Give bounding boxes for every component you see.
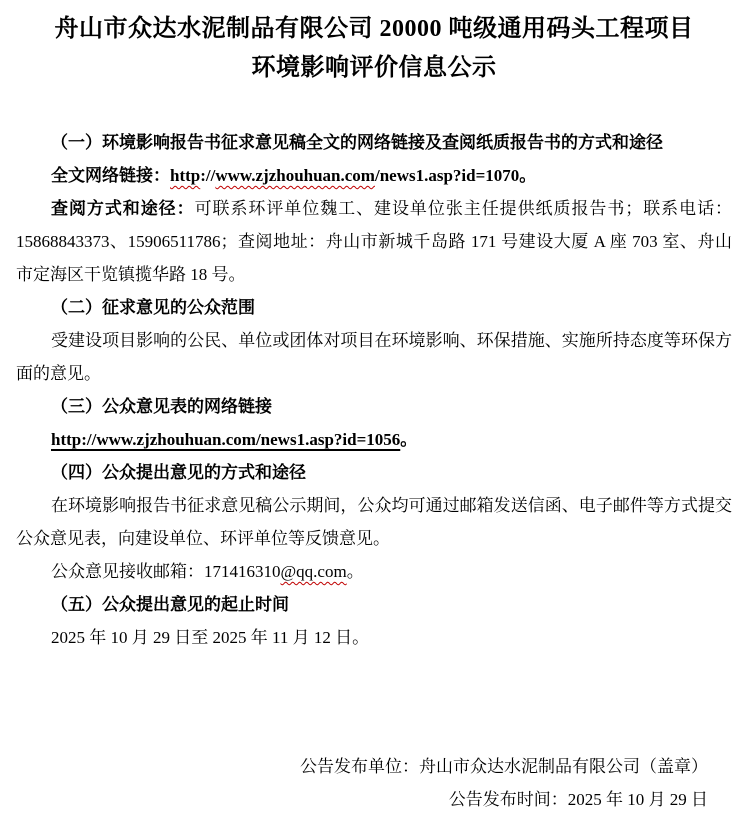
email-user-part: 171416310 <box>204 562 281 581</box>
url-scheme: http <box>170 166 200 185</box>
section2-body: 受建设项目影响的公民、单位或团体对项目在环境影响、环保措施、实施所持态度等环保方… <box>16 324 732 390</box>
announcement-document: 舟山市众达水泥制品有限公司 20000 吨级通用码头工程项目 环境影响评价信息公… <box>0 0 748 834</box>
section4-body: 在环境影响报告书征求意见稿公示期间，公众均可通过邮箱发送信函、电子邮件等方式提交… <box>16 489 732 555</box>
section5-date-range: 2025 年 10 月 29 日至 2025 年 11 月 12 日。 <box>16 621 732 654</box>
document-title-line1: 舟山市众达水泥制品有限公司 20000 吨级通用码头工程项目 <box>16 10 732 49</box>
footer-date-line: 公告发布时间：2025 年 10 月 29 日 <box>16 783 732 816</box>
section4-heading: （四）公众提出意见的方式和途径 <box>16 456 732 489</box>
document-title-line2: 环境影响评价信息公示 <box>16 49 732 88</box>
section1-fulltext-link-line: 全文网络链接：http://www.zjzhouhuan.com/news1.a… <box>16 159 732 192</box>
opinion-form-url-period: 。 <box>400 430 417 449</box>
report-fulltext-url[interactable]: http://www.zjzhouhuan.com/news1.asp?id=1… <box>170 166 519 185</box>
email-domain-part: @qq.com <box>281 562 347 581</box>
url-path: /news1.asp?id=1070 <box>375 166 519 185</box>
section1-heading: （一）环境影响报告书征求意见稿全文的网络链接及查阅纸质报告书的方式和途径 <box>16 126 732 159</box>
section4-email-line: 公众意见接收邮箱：171416310@qq.com。 <box>16 555 732 588</box>
section3-heading: （三）公众意见表的网络链接 <box>16 390 732 423</box>
announcement-footer: 公告发布单位：舟山市众达水泥制品有限公司（盖章） 公告发布时间：2025 年 1… <box>16 750 732 816</box>
email-period: 。 <box>347 562 364 581</box>
opinion-form-url[interactable]: http://www.zjzhouhuan.com/news1.asp?id=1… <box>51 430 400 449</box>
url-domain: www.zjzhouhuan.com <box>215 166 375 185</box>
email-label: 公众意见接收邮箱： <box>51 562 204 581</box>
section1-access-paragraph: 查阅方式和途径：可联系环评单位魏工、建设单位张主任提供纸质报告书；联系电话：15… <box>16 192 732 291</box>
document-title: 舟山市众达水泥制品有限公司 20000 吨级通用码头工程项目 环境影响评价信息公… <box>16 10 732 88</box>
section2-heading: （二）征求意见的公众范围 <box>16 291 732 324</box>
footer-publisher-line: 公告发布单位：舟山市众达水泥制品有限公司（盖章） <box>16 750 732 783</box>
fulltext-link-label: 全文网络链接： <box>51 166 170 185</box>
url-period: 。 <box>519 166 536 185</box>
section5-heading: （五）公众提出意见的起止时间 <box>16 588 732 621</box>
feedback-email-address[interactable]: 171416310@qq.com <box>204 562 347 581</box>
section3-link-line: http://www.zjzhouhuan.com/news1.asp?id=1… <box>16 423 732 456</box>
access-method-label: 查阅方式和途径： <box>51 199 195 218</box>
url-separator: :// <box>200 166 215 185</box>
